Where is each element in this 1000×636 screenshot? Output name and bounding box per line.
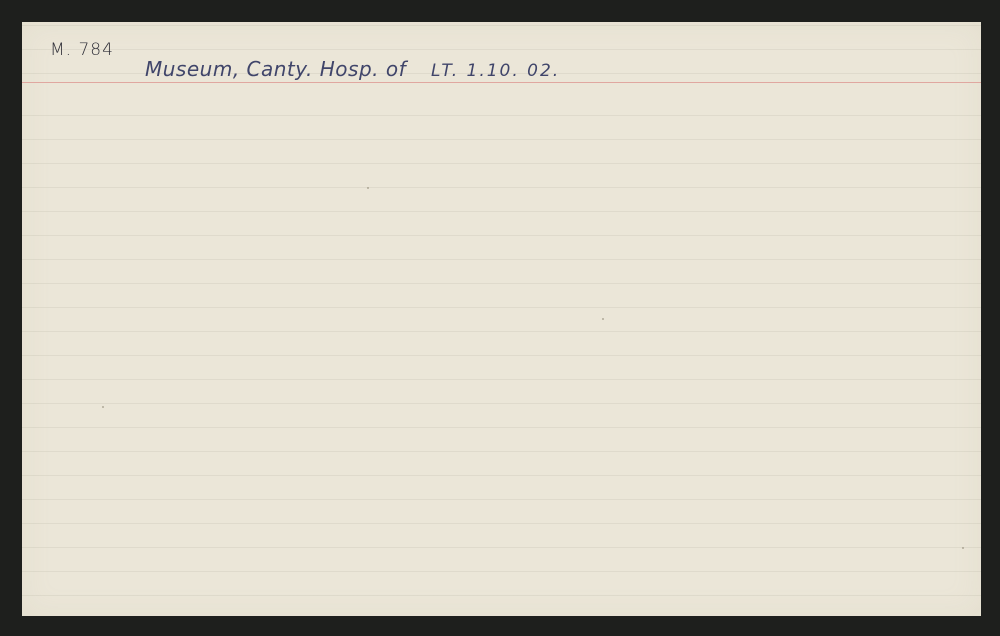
card-subject: Museum, Canty. Hosp. of (145, 57, 406, 81)
card-date: LT. 1.10. 02. (431, 61, 560, 81)
paper-speck (962, 547, 964, 549)
header-rule (22, 82, 981, 83)
card-heading: Museum, Canty. Hosp. of LT. 1.10. 02. (145, 57, 560, 81)
paper-speck (102, 406, 104, 408)
index-card: M. 784 Museum, Canty. Hosp. of LT. 1.10.… (22, 22, 981, 616)
paper-speck (602, 318, 604, 320)
paper-speck (367, 187, 369, 189)
card-reference-number: M. 784 (50, 40, 114, 60)
